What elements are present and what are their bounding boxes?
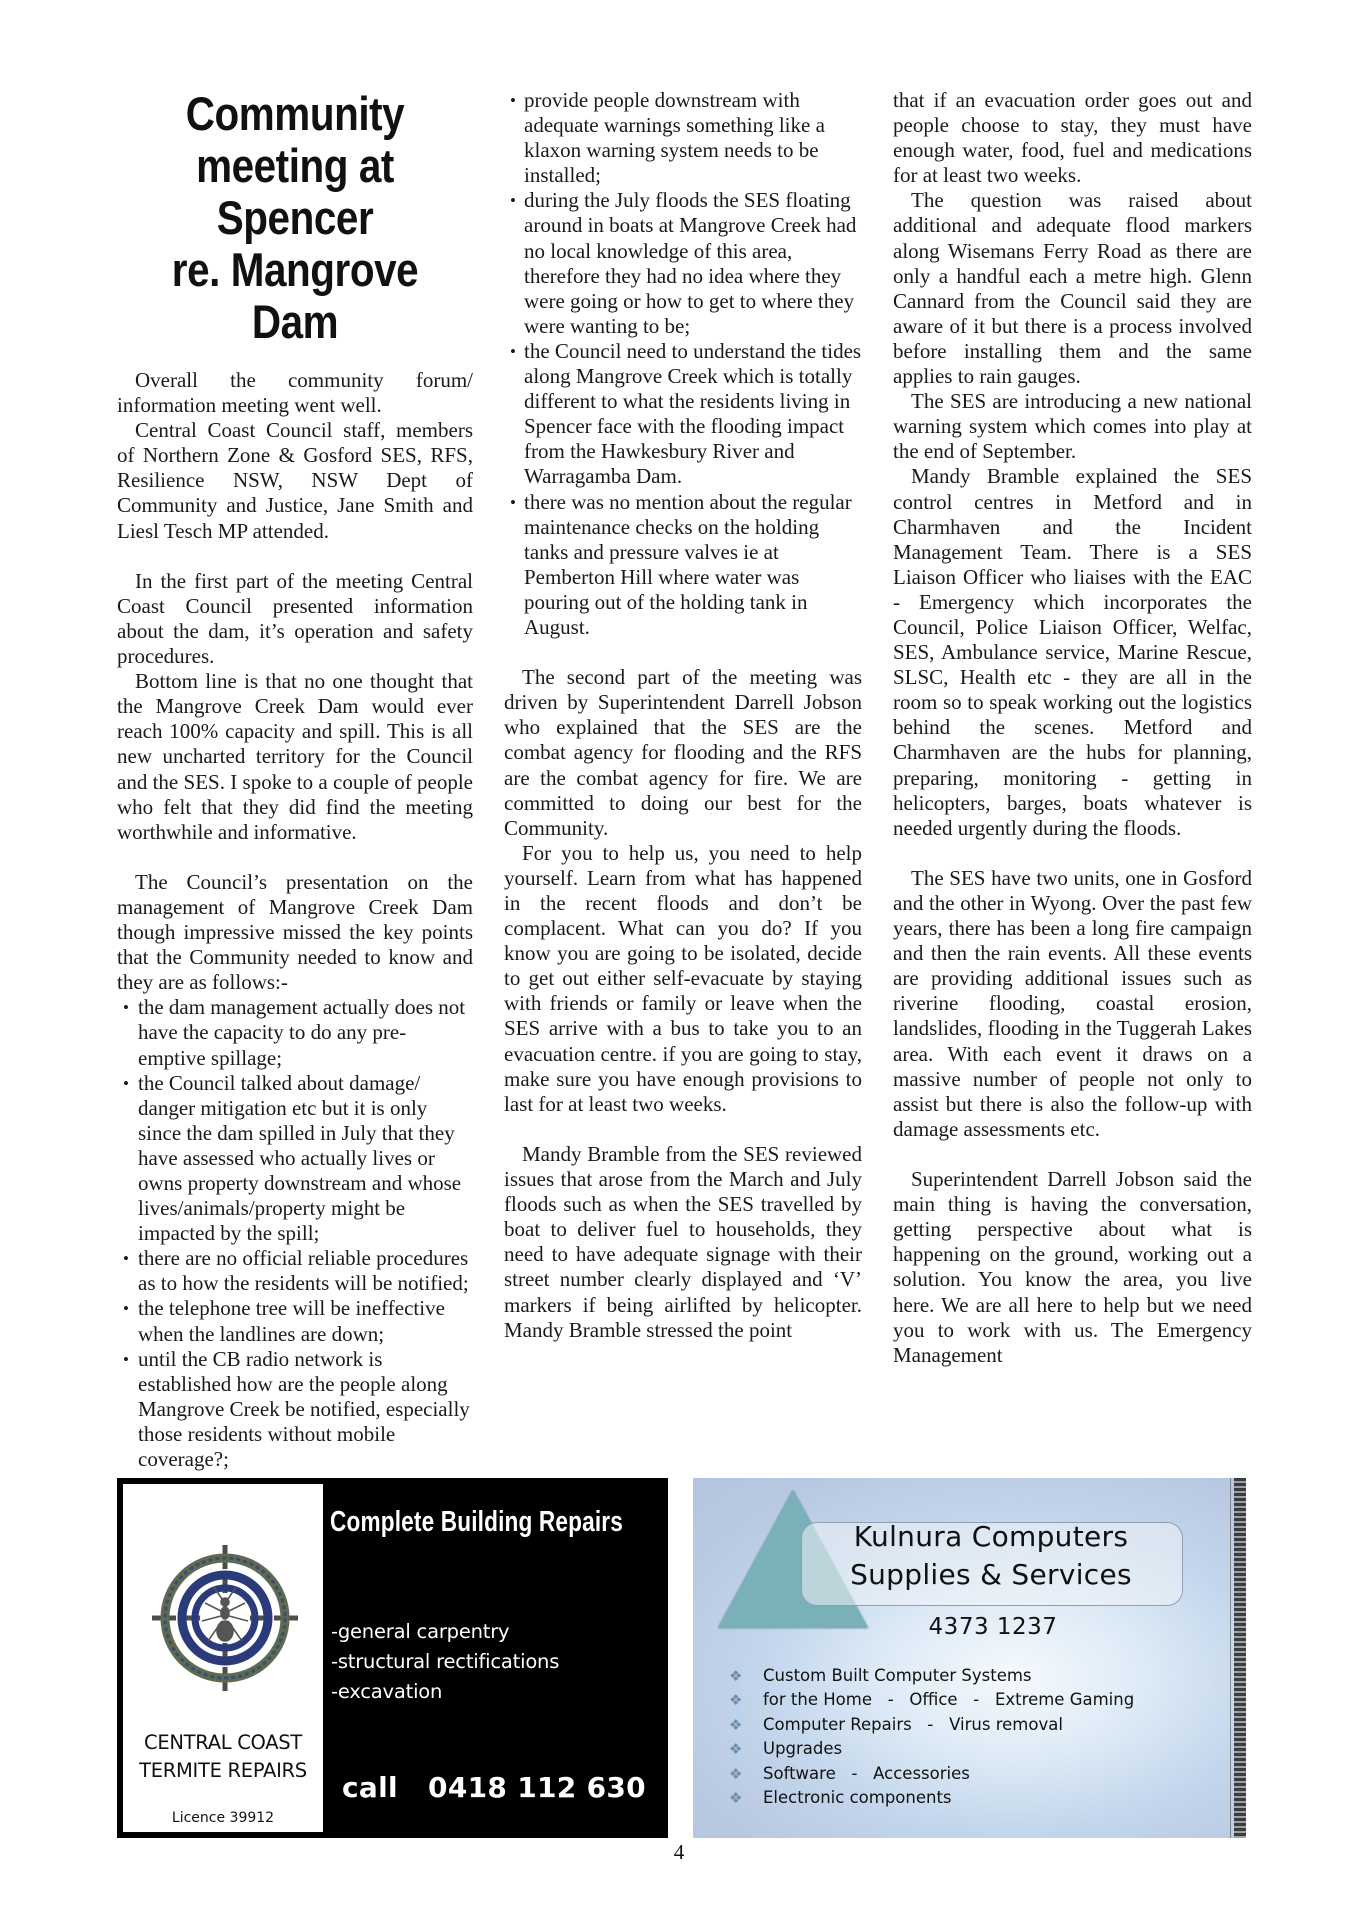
service-item: ❖Computer Repairs - Virus removal: [729, 1713, 1134, 1737]
licence-number: Licence 39912: [123, 1810, 323, 1826]
list-item: provide people downstream with adequate …: [504, 88, 862, 188]
diamond-cluster-icon: ❖: [729, 1762, 763, 1786]
title-line: re. Mangrove Dam: [142, 244, 448, 348]
service-item: -general carpentry: [331, 1617, 559, 1647]
ad-title-line: Supplies & Services: [801, 1556, 1181, 1594]
diamond-cluster-icon: ❖: [729, 1786, 763, 1810]
paragraph: The second part of the meeting was drive…: [504, 665, 862, 841]
service-item: ❖Custom Built Computer Systems: [729, 1664, 1134, 1688]
service-label: for the Home - Office - Extreme Gaming: [763, 1690, 1134, 1709]
company-name: CENTRAL COAST TERMITE REPAIRS: [123, 1729, 323, 1785]
phone-number[interactable]: 4373 1237: [883, 1614, 1103, 1640]
list-item: the telephone tree will be ineffective w…: [117, 1296, 473, 1346]
list-item: there was no mention about the regular m…: [504, 490, 862, 641]
service-label: Computer Repairs - Virus removal: [763, 1715, 1063, 1734]
decorative-edge-line: [1230, 1478, 1231, 1838]
paragraph: Mandy Bramble from the SES reviewed issu…: [504, 1142, 862, 1343]
paragraph: The SES have two units, one in Gosford a…: [893, 866, 1252, 1142]
service-item: ❖Software - Accessories: [729, 1762, 1134, 1786]
diamond-cluster-icon: ❖: [729, 1664, 763, 1688]
title-line: Community: [142, 88, 448, 140]
service-item: -excavation: [331, 1677, 559, 1707]
decorative-halftone-edge: [1234, 1478, 1246, 1838]
title-line: meeting at Spencer: [142, 140, 448, 244]
ant-crosshair-logo-icon: [150, 1543, 300, 1693]
list-item: the Council talked about damage/ danger …: [117, 1071, 473, 1247]
paragraph: In the first part of the meeting Central…: [117, 569, 473, 669]
service-item: ❖Electronic components: [729, 1786, 1134, 1810]
paragraph: Bottom line is that no one thought that …: [117, 669, 473, 845]
paragraph: The Council’s presentation on the manage…: [117, 870, 473, 995]
article-title: Community meeting at Spencer re. Mangrov…: [142, 88, 448, 348]
list-item: during the July floods the SES floating …: [504, 188, 862, 339]
concerns-list-continued: provide people downstream with adequate …: [504, 88, 862, 640]
paragraph: The SES are introducing a new national w…: [893, 389, 1252, 464]
ad-title-line: Kulnura Computers: [801, 1518, 1181, 1556]
article-column-right: that if an evacuation order goes out and…: [893, 88, 1252, 1368]
service-label: Electronic components: [763, 1788, 952, 1807]
kulnura-computers-ad[interactable]: Kulnura Computers Supplies & Services 43…: [693, 1478, 1246, 1838]
diamond-cluster-icon: ❖: [729, 1688, 763, 1712]
termite-repairs-ad[interactable]: CENTRAL COAST TERMITE REPAIRS Licence 39…: [117, 1478, 668, 1838]
paragraph: The question was raised about additional…: [893, 188, 1252, 389]
phone-number[interactable]: call 0418 112 630: [342, 1771, 646, 1804]
service-label: Custom Built Computer Systems: [763, 1666, 1032, 1685]
paragraph: For you to help us, you need to help you…: [504, 841, 862, 1117]
company-name-line: TERMITE REPAIRS: [123, 1757, 323, 1785]
service-label: Software - Accessories: [763, 1764, 970, 1783]
paragraph: Mandy Bramble explained the SES control …: [893, 464, 1252, 840]
list-item: there are no official reliable procedure…: [117, 1246, 473, 1296]
services-list: ❖Custom Built Computer Systems ❖for the …: [729, 1664, 1134, 1810]
concerns-list: the dam management actually does not hav…: [117, 995, 473, 1472]
company-name-line: CENTRAL COAST: [123, 1729, 323, 1757]
article-column-middle: provide people downstream with adequate …: [504, 88, 862, 1343]
services-list: -general carpentry -structural rectifica…: [331, 1617, 559, 1707]
diamond-cluster-icon: ❖: [729, 1713, 763, 1737]
list-item: the Council need to understand the tides…: [504, 339, 862, 490]
article-column-left: Community meeting at Spencer re. Mangrov…: [117, 88, 473, 1472]
list-item: until the CB radio network is establishe…: [117, 1347, 473, 1472]
diamond-cluster-icon: ❖: [729, 1737, 763, 1761]
ad-title: Kulnura Computers Supplies & Services: [801, 1518, 1181, 1594]
service-item: ❖Upgrades: [729, 1737, 1134, 1761]
service-item: -structural rectifications: [331, 1647, 559, 1677]
ad-headline: Complete Building Repairs: [330, 1506, 592, 1539]
paragraph: Overall the community forum/ information…: [117, 368, 473, 418]
paragraph: Central Coast Council staff, members of …: [117, 418, 473, 543]
service-item: ❖for the Home - Office - Extreme Gaming: [729, 1688, 1134, 1712]
page-number: 4: [0, 1840, 1358, 1865]
logo-panel: CENTRAL COAST TERMITE REPAIRS Licence 39…: [123, 1484, 323, 1832]
paragraph: that if an evacuation order goes out and…: [893, 88, 1252, 188]
list-item: the dam management actually does not hav…: [117, 995, 473, 1070]
service-label: Upgrades: [763, 1739, 842, 1758]
paragraph: Superintendent Darrell Jobson said the m…: [893, 1167, 1252, 1368]
